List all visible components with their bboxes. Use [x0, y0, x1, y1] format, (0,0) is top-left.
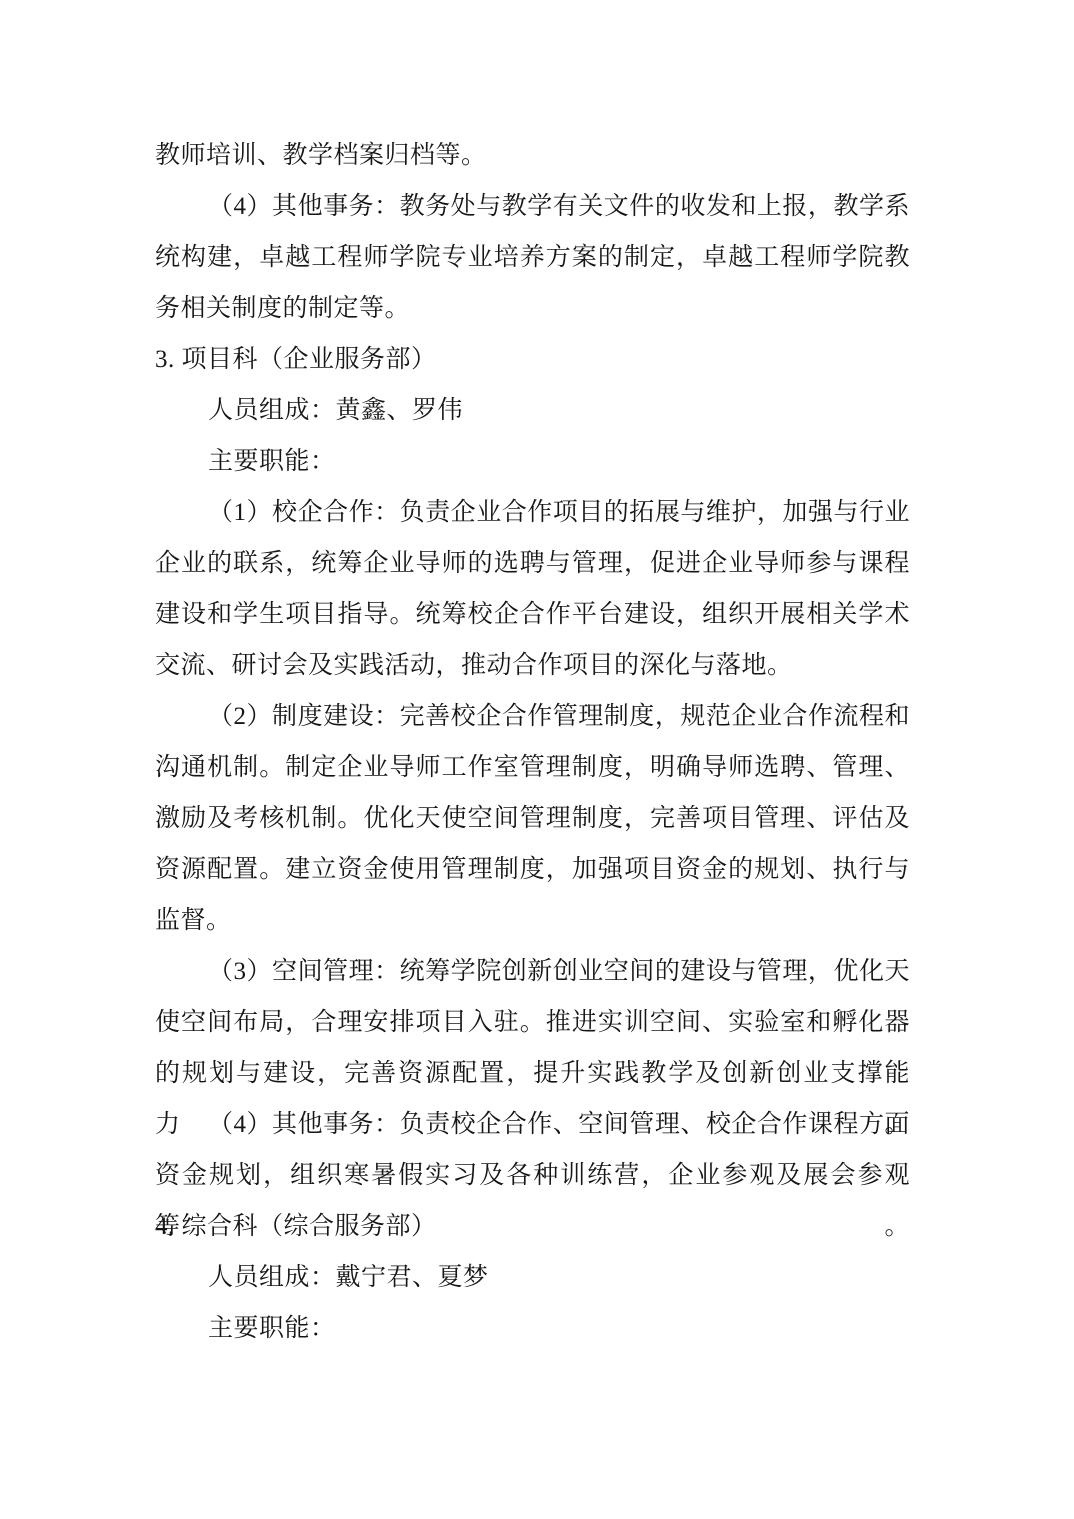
- heading-section-3-project-dept: 3. 项目科（企业服务部）: [155, 334, 910, 385]
- para-item1-school-enterprise-cooperation-line-2: 企业的联系，统筹企业导师的选聘与管理，促进企业导师参与课程: [155, 538, 910, 589]
- para-item4-other-affairs-line-1: （4）其他事务：负责校企合作、空间管理、校企合作课程方面: [155, 1099, 910, 1150]
- para-item2-system-building-line-4: 资源配置。建立资金使用管理制度，加强项目资金的规划、执行与: [155, 844, 910, 895]
- para-item4-other-affairs-line-2: 资金规划，组织寒暑假实习及各种训练营，企业参观及展会参观等。: [155, 1150, 910, 1201]
- para-item1-school-enterprise-cooperation-line-1: （1）校企合作：负责企业合作项目的拓展与维护，加强与行业: [155, 487, 910, 538]
- para-item2-system-building-line-2: 沟通机制。制定企业导师工作室管理制度，明确导师选聘、管理、: [155, 742, 910, 793]
- para-project-dept-staff: 人员组成：黄鑫、罗伟: [155, 385, 910, 436]
- para-general-dept-functions-label: 主要职能：: [155, 1303, 910, 1354]
- para-item2-system-building-line-3: 激励及考核机制。优化天使空间管理制度，完善项目管理、评估及: [155, 793, 910, 844]
- para-project-dept-functions-label: 主要职能：: [155, 436, 910, 487]
- para-edu-other-affairs-line-3: 务相关制度的制定等。: [155, 283, 910, 334]
- para-item3-space-management-line-1: （3）空间管理：统筹学院创新创业空间的建设与管理，优化天: [155, 946, 910, 997]
- para-edu-other-affairs-line-1: （4）其他事务：教务处与教学有关文件的收发和上报，教学系: [155, 181, 910, 232]
- document-page: 教师培训、教学档案归档等。（4）其他事务：教务处与教学有关文件的收发和上报，教学…: [0, 0, 1074, 1519]
- para-edu-other-affairs-line-2: 统构建，卓越工程师学院专业培养方案的制定，卓越工程师学院教: [155, 232, 910, 283]
- para-item3-space-management-line-3: 的规划与建设，完善资源配置，提升实践教学及创新创业支撑能力。: [155, 1048, 910, 1099]
- para-item2-system-building-line-5: 监督。: [155, 895, 910, 946]
- para-teacher-training-tail: 教师培训、教学档案归档等。: [155, 130, 910, 181]
- document-body: 教师培训、教学档案归档等。（4）其他事务：教务处与教学有关文件的收发和上报，教学…: [155, 130, 910, 1354]
- para-general-dept-staff: 人员组成：戴宁君、夏梦: [155, 1252, 910, 1303]
- para-item1-school-enterprise-cooperation-line-3: 建设和学生项目指导。统筹校企合作平台建设，组织开展相关学术: [155, 589, 910, 640]
- para-item3-space-management-line-2: 使空间布局，合理安排项目入驻。推进实训空间、实验室和孵化器: [155, 997, 910, 1048]
- para-item2-system-building-line-1: （2）制度建设：完善校企合作管理制度，规范企业合作流程和: [155, 691, 910, 742]
- para-item1-school-enterprise-cooperation-line-4: 交流、研讨会及实践活动，推动合作项目的深化与落地。: [155, 640, 910, 691]
